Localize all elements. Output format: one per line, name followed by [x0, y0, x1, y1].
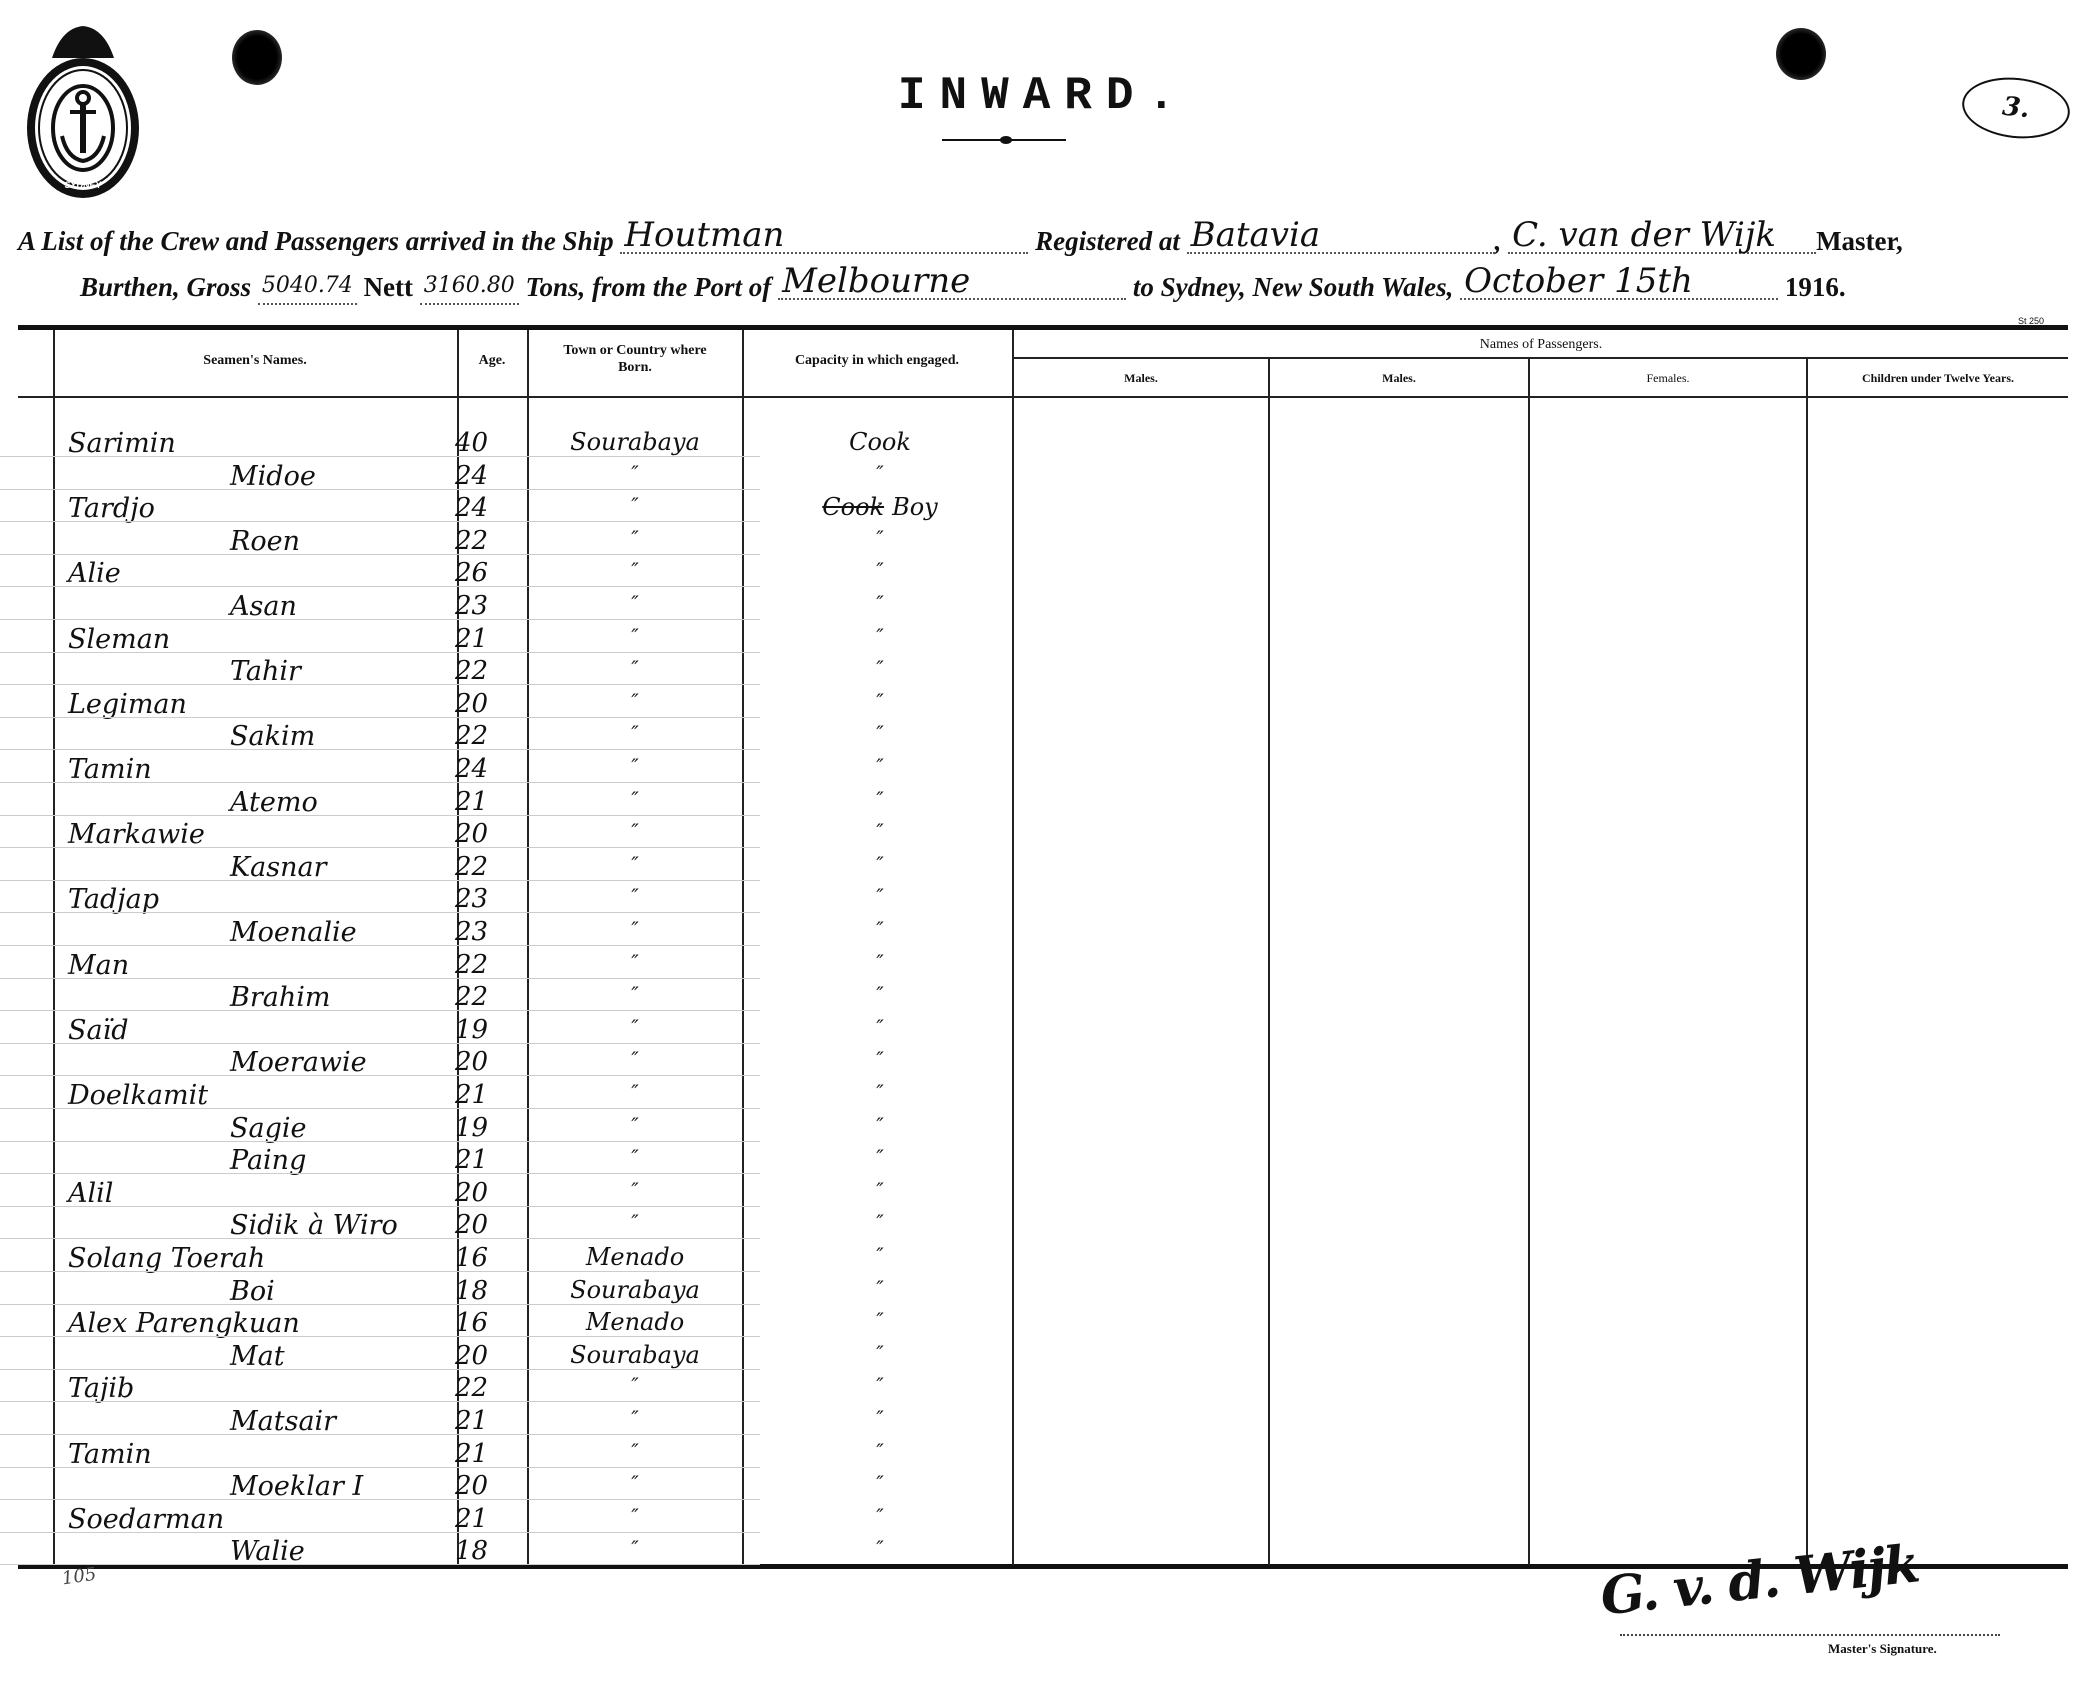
nett-tons-field: 3160.80 [420, 269, 519, 305]
table-row: Sleman21″″ [0, 624, 2087, 654]
ledger-rule [0, 1336, 760, 1337]
table-row: Soedarman21″″ [0, 1504, 2087, 1534]
capacity-value: ″ [876, 982, 883, 1006]
seaman-name: Atemo [230, 787, 318, 818]
registered-port-field: Batavia [1187, 218, 1495, 254]
seaman-age: 20 [455, 1341, 525, 1371]
capacity-value: ″ [876, 721, 883, 745]
capacity-engaged: ″ [745, 624, 1015, 648]
ledger-rule [0, 1043, 760, 1044]
birthplace: ″ [530, 1471, 740, 1495]
seaman-age: 22 [455, 950, 525, 980]
capacity-engaged: ″ [745, 982, 1015, 1006]
capacity-value: ″ [876, 558, 883, 582]
list-intro-label: A List of the Crew and Passengers arrive… [18, 226, 614, 256]
birthplace: ″ [530, 493, 740, 517]
seaman-name: Kasnar [230, 852, 327, 883]
seaman-name: Tamin [68, 1439, 152, 1470]
capacity-engaged: ″ [745, 1178, 1015, 1202]
capacity-value: ″ [876, 1308, 883, 1332]
birthplace: ″ [530, 1536, 740, 1560]
ledger-rule [0, 1271, 760, 1272]
capacity-value: Boy [892, 493, 938, 521]
table-row: Moerawie20″″ [0, 1047, 2087, 1077]
ledger-rule [0, 1532, 760, 1533]
seaman-name: Moeklar I [230, 1471, 363, 1502]
seaman-age: 26 [455, 558, 525, 588]
table-row: Kasnar22″″ [0, 852, 2087, 882]
seaman-name: Boi [230, 1276, 275, 1307]
seaman-age: 21 [455, 1406, 525, 1436]
to-sydney-label: to Sydney, New South Wales, [1133, 272, 1454, 302]
col-header-males-2: Males. [1270, 370, 1528, 387]
ledger-rule [0, 554, 760, 555]
seaman-name: Roen [230, 526, 300, 557]
capacity-value: ″ [876, 656, 883, 680]
capacity-value: ″ [876, 787, 883, 811]
birthplace: ″ [530, 1406, 740, 1430]
capacity-value: ″ [876, 1536, 883, 1560]
ledger-rule [0, 912, 760, 913]
seaman-name: Alie [68, 558, 121, 589]
capacity-value: ″ [876, 689, 883, 713]
master-label: Master, [1816, 226, 1903, 256]
capacity-value: ″ [876, 917, 883, 941]
ledger-rule [0, 1564, 760, 1565]
seaman-age: 22 [455, 852, 525, 882]
seaman-name: Solang Toerah [68, 1243, 265, 1274]
seaman-name: Alil [68, 1178, 113, 1209]
seaman-age: 20 [455, 1047, 525, 1077]
birthplace: ″ [530, 1080, 740, 1104]
capacity-value: ″ [876, 1373, 883, 1397]
capacity-value: ″ [876, 1276, 883, 1300]
capacity-engaged: ″ [745, 558, 1015, 582]
capacity-engaged: ″ [745, 852, 1015, 876]
table-row: Matsair21″″ [0, 1406, 2087, 1436]
ledger-rule [0, 945, 760, 946]
birthplace: ″ [530, 1504, 740, 1528]
ship-name-field: Houtman [620, 218, 1028, 254]
capacity-engaged: ″ [745, 1536, 1015, 1560]
seaman-name: Markawie [68, 819, 205, 850]
seaman-name: Midoe [230, 461, 316, 492]
ledger-rule [0, 1369, 760, 1370]
ledger-rule [0, 1434, 760, 1435]
birthplace: ″ [530, 689, 740, 713]
seaman-age: 23 [455, 591, 525, 621]
capacity-engaged: ″ [745, 917, 1015, 941]
header-bottom-rule [18, 396, 2068, 398]
title-ornament-dot [1000, 136, 1012, 144]
table-row: Tajib22″″ [0, 1373, 2087, 1403]
registered-label: Registered at [1035, 226, 1180, 256]
birthplace: ″ [530, 591, 740, 615]
capacity-value: ″ [876, 591, 883, 615]
table-row: Brahim22″″ [0, 982, 2087, 1012]
table-row: Sidik à Wiro20″″ [0, 1210, 2087, 1240]
seaman-age: 40 [455, 428, 525, 458]
capacity-engaged: ″ [745, 1080, 1015, 1104]
capacity-value: ″ [876, 1406, 883, 1430]
capacity-value: ″ [876, 1015, 883, 1039]
arrival-year: 1916. [1785, 272, 1846, 302]
table-row: Moeklar I20″″ [0, 1471, 2087, 1501]
birthplace: ″ [530, 819, 740, 843]
capacity-value: ″ [876, 852, 883, 876]
ledger-rule [0, 489, 760, 490]
capacity-engaged: ″ [745, 787, 1015, 811]
birthplace: ″ [530, 1373, 740, 1397]
margin-annotation: 105 [61, 1564, 98, 1590]
seaman-age: 21 [455, 1080, 525, 1110]
seaman-age: 22 [455, 526, 525, 556]
capacity-engaged: ″ [745, 1113, 1015, 1137]
seaman-age: 24 [455, 493, 525, 523]
table-row: Markawie20″″ [0, 819, 2087, 849]
seaman-name: Paing [230, 1145, 306, 1176]
arrival-date-field: October 15th [1460, 264, 1778, 300]
seaman-age: 16 [455, 1308, 525, 1338]
col-header-passengers-group: Names of Passengers. [1014, 336, 2068, 353]
capacity-engaged: ″ [745, 721, 1015, 745]
burthen-gross-label: Burthen, Gross [80, 272, 251, 302]
capacity-value: ″ [876, 1113, 883, 1137]
seaman-age: 20 [455, 1178, 525, 1208]
seaman-name: Moenalie [230, 917, 357, 948]
seaman-age: 18 [455, 1536, 525, 1566]
comma: , [1495, 226, 1502, 256]
ledger-rule [0, 652, 760, 653]
seaman-name: Sakim [230, 721, 315, 752]
birthplace: ″ [530, 852, 740, 876]
birthplace: ″ [530, 1113, 740, 1137]
birthplace: ″ [530, 526, 740, 550]
capacity-engaged: ″ [745, 1471, 1015, 1495]
capacity-engaged: ″ [745, 461, 1015, 485]
table-row: Doelkamit21″″ [0, 1080, 2087, 1110]
table-row: Atemo21″″ [0, 787, 2087, 817]
capacity-engaged: ″ [745, 1276, 1015, 1300]
table-row: Tamin24″″ [0, 754, 2087, 784]
capacity-value: ″ [876, 1178, 883, 1202]
capacity-engaged: ″ [745, 1015, 1015, 1039]
seaman-name: Tardjo [68, 493, 155, 524]
seaman-age: 19 [455, 1113, 525, 1143]
table-row: Asan23″″ [0, 591, 2087, 621]
birthplace: Sourabaya [530, 428, 740, 456]
table-row: Midoe24″″ [0, 461, 2087, 491]
col-header-children: Children under Twelve Years. [1808, 370, 2068, 387]
table-row: Man22″″ [0, 950, 2087, 980]
seaman-age: 19 [455, 1015, 525, 1045]
ledger-rule [0, 1206, 760, 1207]
seaman-age: 24 [455, 461, 525, 491]
passenger-group-rule [1012, 357, 2068, 359]
birthplace: ″ [530, 950, 740, 974]
capacity-engaged: Cook [745, 428, 1015, 456]
birthplace: ″ [530, 884, 740, 908]
ledger-rule [0, 1238, 760, 1239]
col-header-age: Age. [459, 352, 525, 369]
from-port-field: Melbourne [778, 264, 1126, 300]
birthplace: ″ [530, 1015, 740, 1039]
seaman-age: 21 [455, 1504, 525, 1534]
seaman-age: 21 [455, 1145, 525, 1175]
ledger-rule [0, 1141, 760, 1142]
seaman-name: Brahim [230, 982, 330, 1013]
seaman-name: Moerawie [230, 1047, 367, 1078]
capacity-value: ″ [876, 1145, 883, 1169]
capacity-engaged: CookBoy [745, 493, 1015, 521]
seaman-name: Walie [230, 1536, 305, 1567]
ledger-rule [0, 717, 760, 718]
birthplace: ″ [530, 1047, 740, 1071]
seaman-age: 23 [455, 917, 525, 947]
seaman-name: Sagie [230, 1113, 307, 1144]
capacity-engaged: ″ [745, 1439, 1015, 1463]
table-row: Mat20Sourabaya″ [0, 1341, 2087, 1371]
birthplace: ″ [530, 917, 740, 941]
birthplace: ″ [530, 1439, 740, 1463]
ledger-rule [0, 586, 760, 587]
col-header-males-1: Males. [1014, 370, 1268, 387]
birthplace: ″ [530, 624, 740, 648]
birthplace: ″ [530, 656, 740, 680]
seaman-name: Sarimin [68, 428, 176, 459]
seaman-age: 20 [455, 1471, 525, 1501]
capacity-engaged: ″ [745, 1504, 1015, 1528]
capacity-value: ″ [876, 754, 883, 778]
ledger-rule [0, 521, 760, 522]
capacity-value: ″ [876, 1504, 883, 1528]
capacity-value: Cook [849, 428, 911, 456]
capacity-engaged: ″ [745, 656, 1015, 680]
capacity-engaged: ″ [745, 1243, 1015, 1267]
header-line-ship: A List of the Crew and Passengers arrive… [18, 222, 1903, 258]
tons-from-label: Tons, from the Port of [526, 272, 772, 302]
table-row: Saïd19″″ [0, 1015, 2087, 1045]
capacity-value: ″ [876, 819, 883, 843]
seaman-age: 22 [455, 656, 525, 686]
ledger-rule [0, 978, 760, 979]
seaman-name: Doelkamit [68, 1080, 208, 1111]
table-row: Tamin21″″ [0, 1439, 2087, 1469]
seaman-name: Tajib [68, 1373, 134, 1404]
seaman-name: Tadjap [68, 884, 159, 915]
seaman-age: 21 [455, 624, 525, 654]
seaman-age: 22 [455, 982, 525, 1012]
seaman-age: 18 [455, 1276, 525, 1306]
table-row: Sarimin40SourabayaCook [0, 428, 2087, 458]
capacity-value: ″ [876, 1210, 883, 1234]
ledger-rule [0, 815, 760, 816]
col-header-seamens-names: Seamen's Names. [55, 352, 455, 369]
table-row: Alil20″″ [0, 1178, 2087, 1208]
table-row: Alex Parengkuan16Menado″ [0, 1308, 2087, 1338]
capacity-engaged: ″ [745, 819, 1015, 843]
birthplace: Sourabaya [530, 1276, 740, 1304]
seaman-name: Sleman [68, 624, 170, 655]
birthplace: ″ [530, 787, 740, 811]
birthplace: ″ [530, 721, 740, 745]
seaman-name: Asan [230, 591, 297, 622]
table-row: Roen22″″ [0, 526, 2087, 556]
seaman-age: 22 [455, 721, 525, 751]
ledger-rule [0, 1304, 760, 1305]
birthplace: ″ [530, 558, 740, 582]
capacity-value: ″ [876, 1243, 883, 1267]
seaman-age: 22 [455, 1373, 525, 1403]
capacity-engaged: ″ [745, 1406, 1015, 1430]
seaman-name: Tamin [68, 754, 152, 785]
birthplace: ″ [530, 1145, 740, 1169]
col-header-females: Females. [1530, 370, 1806, 387]
birthplace: ″ [530, 1210, 740, 1234]
table-top-rule [18, 325, 2068, 330]
capacity-value: ″ [876, 1471, 883, 1495]
ledger-rule [0, 847, 760, 848]
ledger-rule [0, 456, 760, 457]
capacity-value: ″ [876, 1047, 883, 1071]
ledger-rule [0, 1401, 760, 1402]
capacity-engaged: ″ [745, 754, 1015, 778]
seaman-name: Soedarman [68, 1504, 224, 1535]
capacity-engaged: ″ [745, 1047, 1015, 1071]
table-row: Paing21″″ [0, 1145, 2087, 1175]
ledger-rule [0, 619, 760, 620]
capacity-value: ″ [876, 526, 883, 550]
seaman-name: Matsair [230, 1406, 336, 1437]
capacity-engaged: ″ [745, 1341, 1015, 1365]
birthplace: Menado [530, 1243, 740, 1271]
capacity-engaged: ″ [745, 884, 1015, 908]
birthplace: ″ [530, 982, 740, 1006]
capacity-engaged: ″ [745, 1373, 1015, 1397]
seaman-age: 20 [455, 689, 525, 719]
table-row: Legiman20″″ [0, 689, 2087, 719]
ledger-rule [0, 1499, 760, 1500]
table-row: Sakim22″″ [0, 721, 2087, 751]
capacity-engaged: ″ [745, 1210, 1015, 1234]
gross-tons-field: 5040.74 [258, 269, 357, 305]
table-row: Solang Toerah16Menado″ [0, 1243, 2087, 1273]
ledger-rule [0, 1467, 760, 1468]
capacity-engaged: ″ [745, 950, 1015, 974]
capacity-engaged: ″ [745, 591, 1015, 615]
capacity-value: ″ [876, 884, 883, 908]
table-row: Moenalie23″″ [0, 917, 2087, 947]
ledger-rule [0, 1108, 760, 1109]
birthplace: ″ [530, 461, 740, 485]
ledger-rule [0, 1075, 760, 1076]
capacity-engaged: ″ [745, 689, 1015, 713]
capacity-value: ″ [876, 1439, 883, 1463]
nett-label: Nett [364, 272, 413, 302]
capacity-value: ″ [876, 1080, 883, 1104]
ledger-rule [0, 880, 760, 881]
capacity-value: ″ [876, 950, 883, 974]
seaman-name: Saïd [68, 1015, 129, 1046]
seaman-name: Legiman [68, 689, 187, 720]
capacity-engaged: ″ [745, 1145, 1015, 1169]
table-row: Boi18Sourabaya″ [0, 1276, 2087, 1306]
seaman-name: Tahir [230, 656, 301, 687]
header-line-burthen: Burthen, Gross 5040.74 Nett 3160.80 Tons… [80, 268, 1846, 309]
capacity-value: ″ [876, 461, 883, 485]
ledger-rule [0, 782, 760, 783]
page-title: INWARD. [0, 70, 2087, 122]
seaman-age: 23 [455, 884, 525, 914]
ledger-rule [0, 749, 760, 750]
seaman-age: 21 [455, 787, 525, 817]
table-row: Tardjo24″CookBoy [0, 493, 2087, 523]
ledger-rule [0, 1010, 760, 1011]
seaman-age: 24 [455, 754, 525, 784]
table-row: Tadjap23″″ [0, 884, 2087, 914]
birthplace: ″ [530, 1178, 740, 1202]
col-header-capacity: Capacity in which engaged. [744, 352, 1010, 369]
ledger-rule [0, 684, 760, 685]
svg-text:SYDNEY: SYDNEY [64, 180, 101, 190]
seaman-age: 20 [455, 819, 525, 849]
capacity-value: ″ [876, 624, 883, 648]
col-header-town-born: Town or Country where Born. [560, 342, 710, 376]
signature-line [1620, 1634, 2000, 1636]
seaman-age: 16 [455, 1243, 525, 1273]
seaman-name: Sidik à Wiro [230, 1210, 398, 1241]
seaman-name: Mat [230, 1341, 285, 1372]
seaman-name: Man [68, 950, 129, 981]
ledger-rule [0, 1173, 760, 1174]
table-row: Tahir22″″ [0, 656, 2087, 686]
seaman-age: 21 [455, 1439, 525, 1469]
capacity-value: ″ [876, 1341, 883, 1365]
birthplace: Sourabaya [530, 1341, 740, 1369]
birthplace: ″ [530, 754, 740, 778]
seaman-name: Alex Parengkuan [68, 1308, 300, 1339]
master-name-field: C. van der Wijk [1508, 218, 1816, 254]
table-row: Alie26″″ [0, 558, 2087, 588]
birthplace: Menado [530, 1308, 740, 1336]
capacity-engaged: ″ [745, 526, 1015, 550]
struck-out-capacity: Cook [822, 493, 884, 521]
signature-label: Master's Signature. [1828, 1641, 1937, 1657]
table-row: Sagie19″″ [0, 1113, 2087, 1143]
capacity-engaged: ″ [745, 1308, 1015, 1332]
seaman-age: 20 [455, 1210, 525, 1240]
